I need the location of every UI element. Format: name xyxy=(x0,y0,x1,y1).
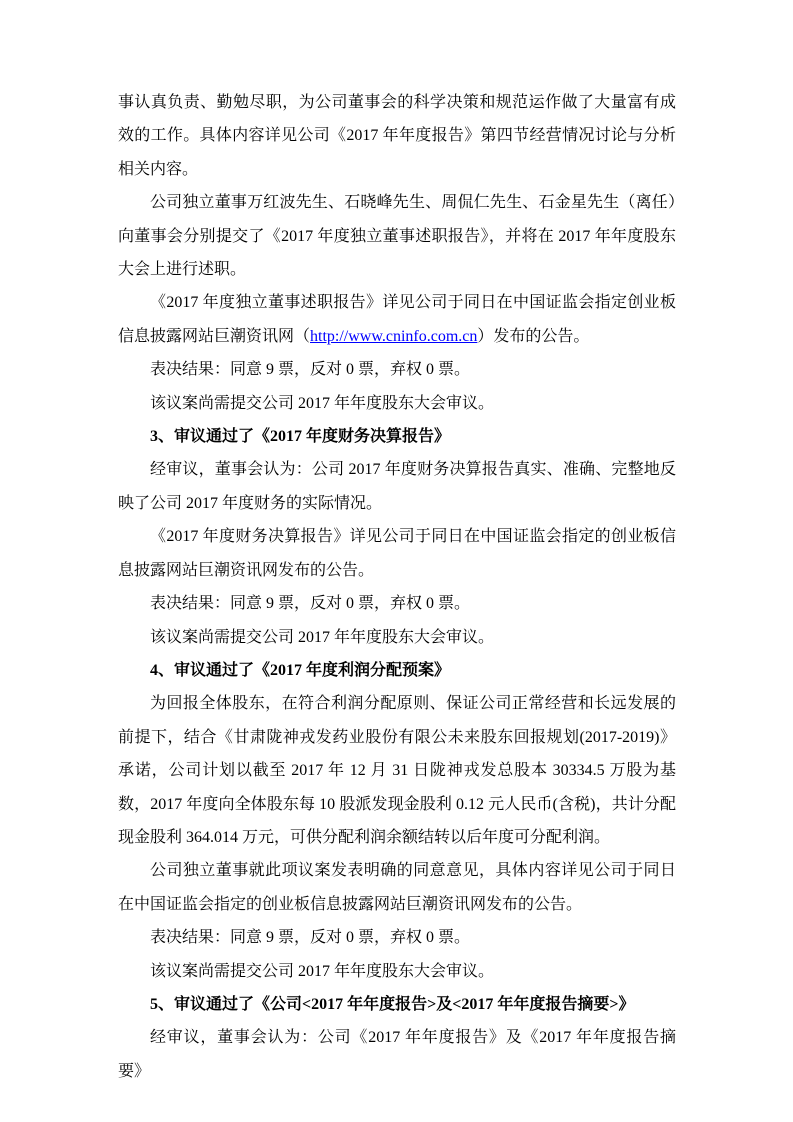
paragraph-continued: 事认真负责、勤勉尽职，为公司董事会的科学决策和规范运作做了大量富有成效的工作。具… xyxy=(118,86,676,186)
section-heading-4: 4、审议通过了《2017 年度利润分配预案》 xyxy=(118,654,676,687)
paragraph: 公司独立董事就此项议案发表明确的同意意见，具体内容详见公司于同日在中国证监会指定… xyxy=(118,854,676,921)
paragraph-with-link: 《2017 年度独立董事述职报告》详见公司于同日在中国证监会指定创业板信息披露网… xyxy=(118,286,676,353)
vote-result-line: 表决结果：同意 9 票，反对 0 票，弃权 0 票。 xyxy=(118,353,676,386)
vote-result-line: 表决结果：同意 9 票，反对 0 票，弃权 0 票。 xyxy=(118,587,676,620)
paragraph: 经审议，董事会认为：公司《2017 年年度报告》及《2017 年年度报告摘要》 xyxy=(118,1021,676,1088)
section-heading-3: 3、审议通过了《2017 年度财务决算报告》 xyxy=(118,420,676,453)
vote-result-line: 表决结果：同意 9 票，反对 0 票，弃权 0 票。 xyxy=(118,921,676,954)
submit-note-line: 该议案尚需提交公司 2017 年年度股东大会审议。 xyxy=(118,621,676,654)
paragraph-text-after-link: ）发布的公告。 xyxy=(477,328,589,345)
submit-note-line: 该议案尚需提交公司 2017 年年度股东大会审议。 xyxy=(118,387,676,420)
document-page: 事认真负责、勤勉尽职，为公司董事会的科学决策和规范运作做了大量富有成效的工作。具… xyxy=(0,0,793,1122)
section-heading-5: 5、审议通过了《公司<2017 年年度报告>及<2017 年年度报告摘要>》 xyxy=(118,988,676,1021)
cninfo-link[interactable]: http://www.cninfo.com.cn xyxy=(310,328,477,345)
paragraph: 公司独立董事万红波先生、石晓峰先生、周侃仁先生、石金星先生（离任）向董事会分别提… xyxy=(118,186,676,286)
paragraph: 为回报全体股东，在符合利润分配原则、保证公司正常经营和长远发展的前提下，结合《甘… xyxy=(118,687,676,854)
paragraph: 经审议，董事会认为：公司 2017 年度财务决算报告真实、准确、完整地反映了公司… xyxy=(118,453,676,520)
paragraph: 《2017 年度财务决算报告》详见公司于同日在中国证监会指定的创业板信息披露网站… xyxy=(118,520,676,587)
submit-note-line: 该议案尚需提交公司 2017 年年度股东大会审议。 xyxy=(118,955,676,988)
